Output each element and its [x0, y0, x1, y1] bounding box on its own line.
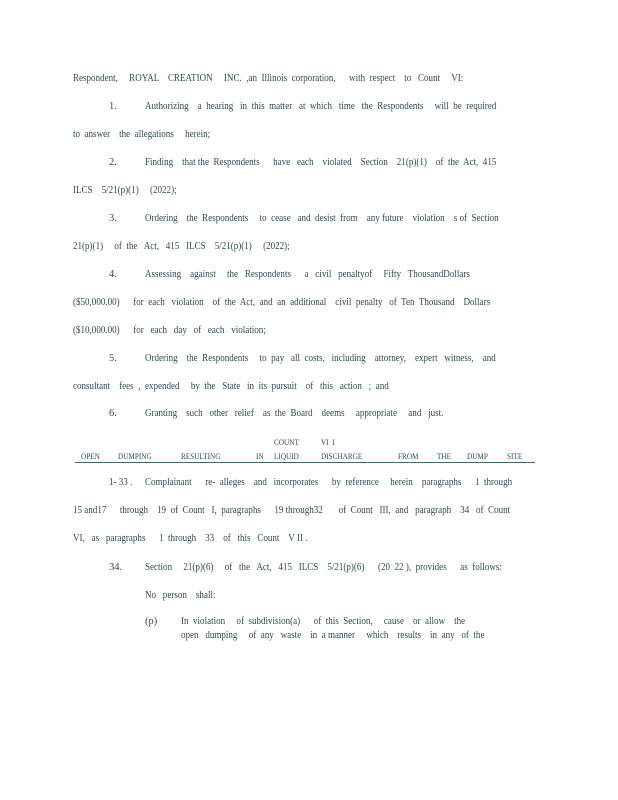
item-text: ILCS 5/21(p)(1) (2022); — [73, 185, 177, 197]
item-text: Finding that the Respondents have each v… — [145, 157, 496, 169]
item-number: 4. — [109, 269, 117, 281]
item-number: 3. — [109, 213, 117, 225]
item-text: 21(p)(1) of the Act, 415 ILCS 5/21(p)(1)… — [73, 241, 290, 253]
heading-underline — [75, 462, 535, 463]
paragraph-text: 15 and17 through 19 of Count I, paragrap… — [73, 505, 510, 517]
paragraph-number: 34. — [109, 562, 122, 574]
heading-word: COUNT — [274, 437, 299, 447]
item-number: 6. — [109, 408, 117, 420]
item-text: ($10,000.00) for each day of each violat… — [73, 325, 266, 337]
intro-line: Respondent, ROYAL CREATION INC. ,an Illi… — [73, 73, 463, 85]
item-number: 2. — [109, 157, 117, 169]
item-text: consultant fees , expended by the State … — [73, 381, 389, 393]
heading-word: OPEN — [81, 451, 100, 461]
heading-word: DUMP — [467, 451, 488, 461]
item-text: Granting such other relief as the Board … — [145, 408, 443, 420]
heading-word: DISCHARGE — [321, 451, 362, 461]
heading-word: VI I — [321, 437, 335, 447]
heading-word: LIQUID — [274, 451, 299, 461]
item-text: to answer the allegations herein; — [73, 129, 210, 141]
item-number: 1. — [109, 101, 117, 113]
subsection-label: (p) — [145, 616, 157, 628]
quoted-text: In violation of subdivision(a) of this S… — [181, 616, 465, 628]
paragraph-text: No person shall: — [145, 590, 215, 602]
heading-word: RESULTING — [181, 451, 220, 461]
item-text: Assessing against the Respondents a civi… — [145, 269, 470, 281]
heading-word: THE — [437, 451, 451, 461]
item-text: ($50,000.00) for each violation of the A… — [73, 297, 490, 309]
paragraph-text: Complainant re- alleges and incorporates… — [145, 477, 512, 489]
heading-word: IN — [256, 451, 264, 461]
heading-word: FROM — [398, 451, 418, 461]
item-number: 5. — [109, 353, 117, 365]
paragraph-text: VI, as paragraphs 1 through 33 of this C… — [73, 533, 307, 545]
paragraph-number: 1- 33 . — [109, 477, 132, 489]
quoted-text: open dumping of any waste in a manner wh… — [181, 630, 484, 642]
heading-word: SITE — [507, 451, 522, 461]
paragraph-text: Section 21(p)(6) of the Act, 415 ILCS 5/… — [145, 562, 502, 574]
item-text: Authorizing a hearing in this matter at … — [145, 101, 496, 113]
heading-word: DUMPING — [118, 451, 152, 461]
item-text: Ordering the Respondents to cease and de… — [145, 213, 499, 225]
item-text: Ordering the Respondents to pay all cost… — [145, 353, 496, 365]
